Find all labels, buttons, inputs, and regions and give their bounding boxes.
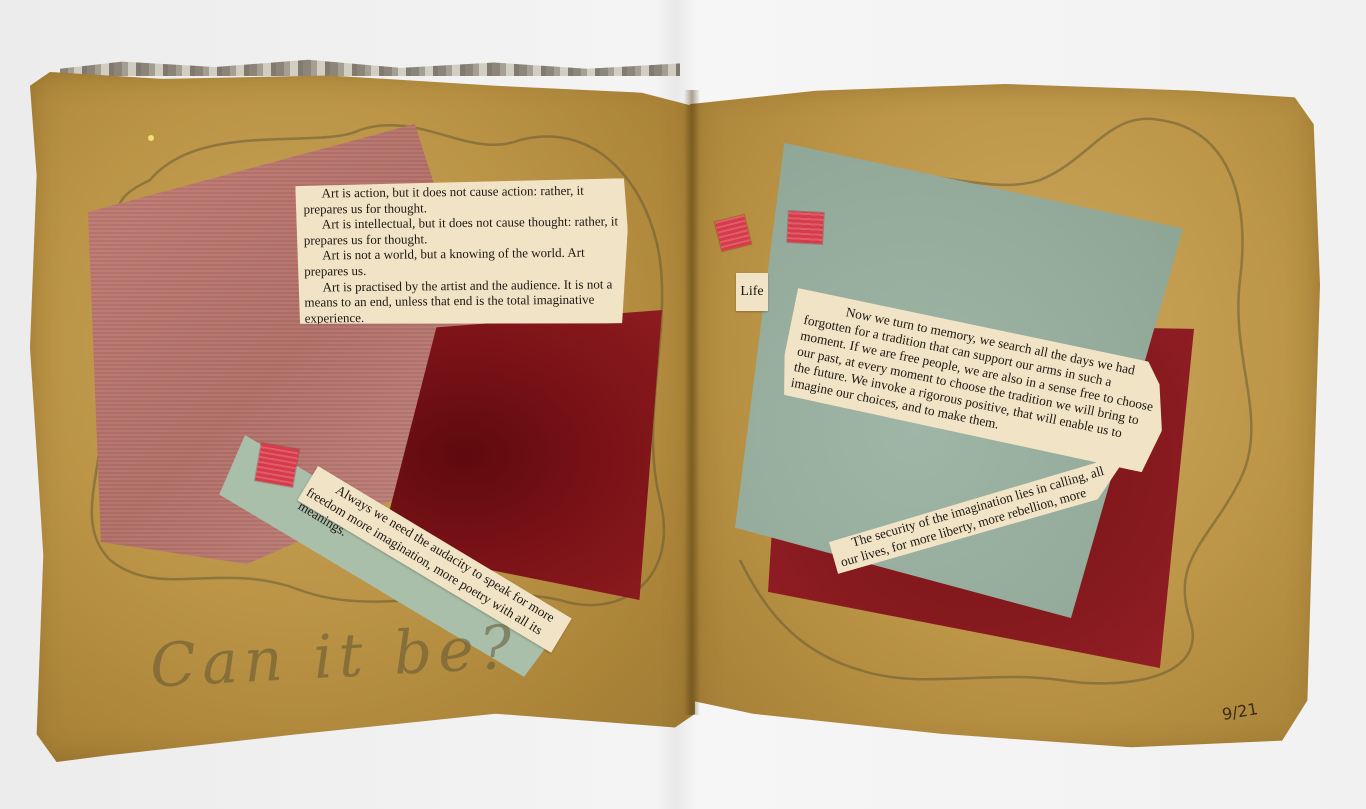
life-label-clipping: Life: [736, 273, 768, 311]
gold-leaf-fleck: [148, 135, 154, 141]
art-quote-clipping: Art is action, but it does not cause act…: [295, 178, 629, 326]
book-top-rough-edge: [60, 58, 680, 76]
art-book-spread: Art is action, but it does not cause act…: [0, 0, 1366, 809]
book-spine: [684, 90, 700, 715]
red-square-2: [787, 211, 824, 244]
art-quote-paragraph-2: Art is intellectual, but it does not cau…: [304, 214, 620, 248]
art-quote-paragraph-4: Art is practised by the artist and the a…: [304, 276, 620, 326]
red-square-left: [255, 443, 299, 487]
art-quote-paragraph-3: Art is not a world, but a knowing of the…: [304, 245, 620, 279]
art-quote-paragraph-1: Art is action, but it does not cause act…: [303, 182, 619, 216]
